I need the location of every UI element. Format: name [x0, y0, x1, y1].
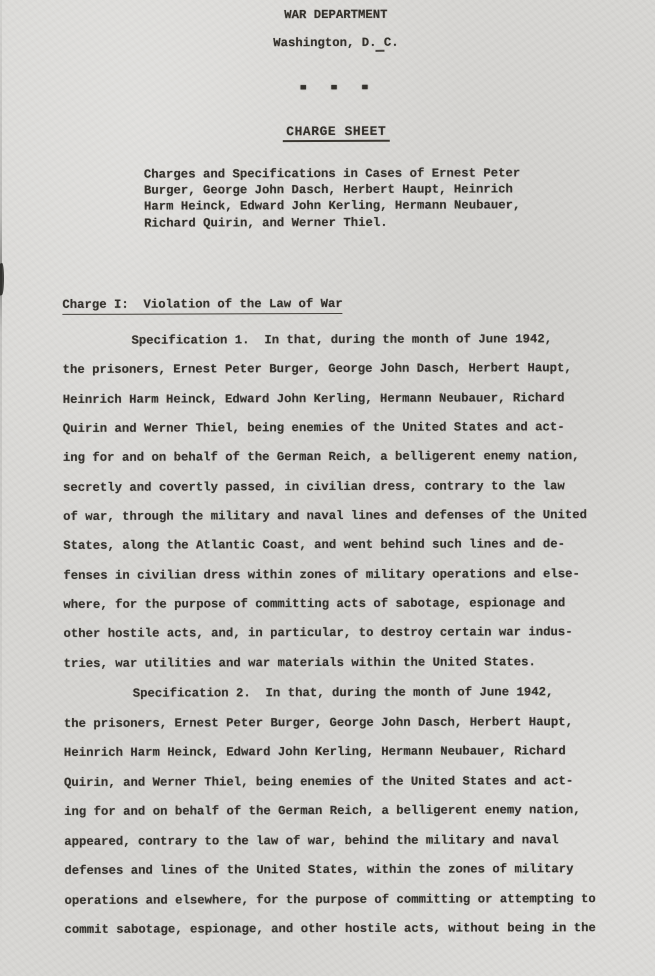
text-line: Specification 2. In that, during the mon…	[64, 678, 595, 709]
specification-1-paragraph: Specification 1. In that, during the mon…	[62, 325, 587, 679]
text-line: the prisoners, Ernest Peter Burger, Geor…	[64, 708, 595, 739]
text-line: Heinrich Harm Heinck, Edward John Kerlin…	[63, 384, 587, 415]
document-content: WAR DEPARTMENT Washington, D. C. - - - C…	[0, 0, 655, 976]
text-line: ing for and on behalf of the German Reic…	[64, 796, 595, 827]
text-line: the prisoners, Ernest Peter Burger, Geor…	[63, 354, 587, 385]
text-line: tries, war utilities and war materials w…	[64, 648, 588, 679]
text-line: Heinrich Harm Heinck, Edward John Kerlin…	[64, 737, 595, 768]
text-line: where, for the purpose of committing act…	[63, 589, 587, 620]
text-line: other hostile acts, and, in particular, …	[63, 619, 587, 650]
separator-dashes: - - -	[298, 66, 375, 108]
text-line: appeared, contrary to the law of war, be…	[64, 826, 595, 857]
caption-line: Burger, George John Dasch, Herbert Haupt…	[144, 182, 520, 200]
text-line: Quirin and Werner Thiel, being enemies o…	[63, 413, 587, 444]
document-title: CHARGE SHEET	[283, 124, 389, 142]
text-line: of war, through the military and naval l…	[63, 501, 587, 532]
department-name: WAR DEPARTMENT	[18, 7, 653, 23]
text-line: fenses in civilian dress within zones of…	[63, 560, 587, 591]
text-line: Specification 1. In that, during the mon…	[62, 325, 586, 356]
case-caption: Charges and Specifications in Cases of E…	[144, 165, 521, 231]
stray-ink-mark	[375, 50, 384, 52]
text-line: commit sabotage, espionage, and other ho…	[64, 914, 595, 945]
charge-sheet-document: WAR DEPARTMENT Washington, D. C. - - - C…	[0, 0, 655, 976]
specification-2-paragraph: Specification 2. In that, during the mon…	[64, 678, 596, 945]
caption-line: Charges and Specifications in Cases of E…	[144, 165, 520, 183]
separator-row: - - -	[19, 75, 654, 99]
charge-heading-row: Charge I: Violation of the Law of War	[62, 294, 342, 315]
text-line: secretly and covertly passed, in civilia…	[63, 472, 587, 503]
caption-line: Harm Heinck, Edward John Kerling, Herman…	[144, 198, 520, 216]
text-line: States, along the Atlantic Coast, and we…	[63, 531, 587, 562]
text-line: Quirin, and Werner Thiel, being enemies …	[64, 767, 595, 798]
text-line: operations and elsewhere, for the purpos…	[64, 885, 595, 916]
title-row: CHARGE SHEET	[19, 121, 654, 143]
location-line: Washington, D. C.	[18, 35, 653, 51]
text-line: defenses and lines of the United States,…	[64, 855, 595, 886]
text-line: ing for and on behalf of the German Reic…	[63, 442, 587, 473]
charge-heading: Charge I: Violation of the Law of War	[62, 297, 342, 315]
caption-line: Richard Quirin, and Werner Thiel.	[144, 214, 520, 232]
